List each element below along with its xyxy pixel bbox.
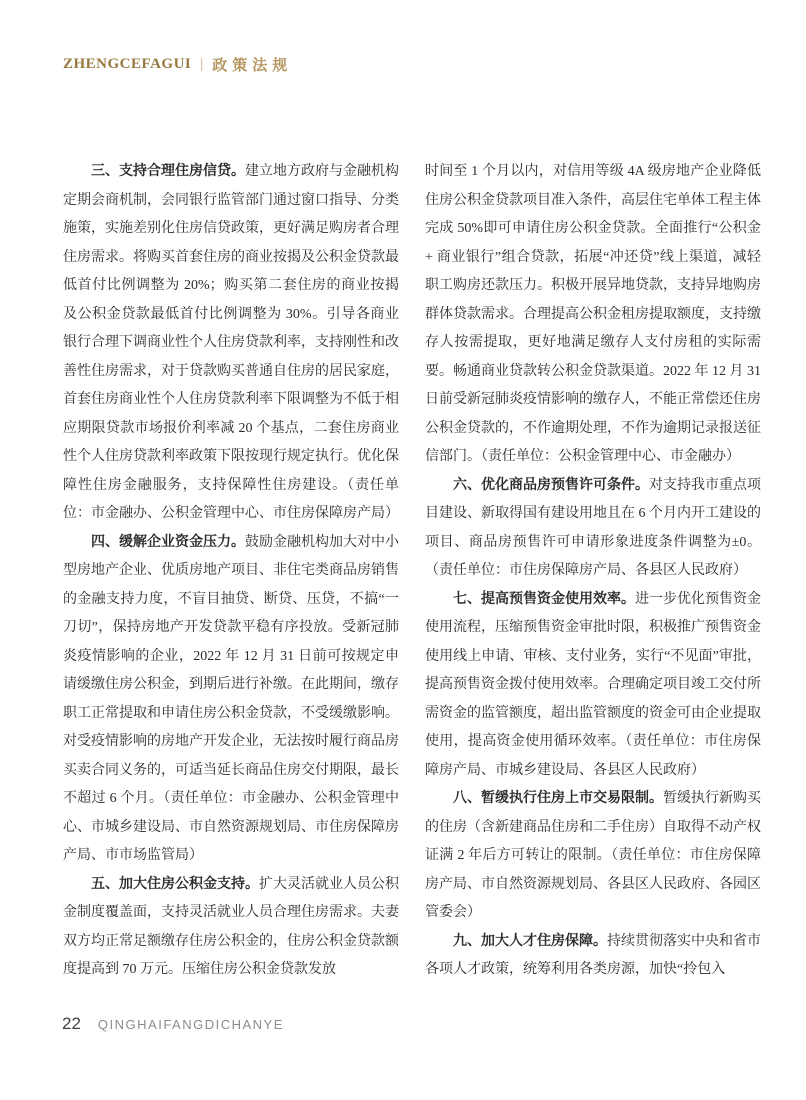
magazine-page: ZHENGCEFAGUI | 政策法规 三、支持合理住房信贷。建立地方政府与金融… — [0, 0, 806, 1100]
header-divider: | — [200, 56, 203, 73]
paragraph-lead: 六、优化商品房预售许可条件。 — [453, 478, 649, 493]
paragraph: 四、缓解企业资金压力。鼓励金融机构加大对中小型房地产企业、优质房地产项目、非住宅… — [63, 529, 399, 871]
paragraph: 九、加大人才住房保障。持续贯彻落实中央和省市各项人才政策，统筹利用各类房源，加快… — [425, 928, 761, 985]
paragraph: 七、提高预售资金使用效率。进一步优化预售资金使用流程，压缩预售资金审批时限，积极… — [425, 586, 761, 786]
paragraph-lead: 九、加大人才住房保障。 — [453, 934, 607, 949]
paragraph: 时间至 1 个月以内，对信用等级 4A 级房地产企业降低住房公积金贷款项目准入条… — [425, 158, 761, 472]
paragraph-lead: 五、加大住房公积金支持。 — [91, 877, 259, 892]
left-column: 三、支持合理住房信贷。建立地方政府与金融机构定期会商机制，会同银行监管部门通过窗… — [63, 158, 399, 985]
paragraph-text: 时间至 1 个月以内，对信用等级 4A 级房地产企业降低住房公积金贷款项目准入条… — [425, 164, 761, 464]
paragraph: 三、支持合理住房信贷。建立地方政府与金融机构定期会商机制，会同银行监管部门通过窗… — [63, 158, 399, 529]
article-body: 三、支持合理住房信贷。建立地方政府与金融机构定期会商机制，会同银行监管部门通过窗… — [63, 158, 761, 985]
paragraph: 六、优化商品房预售许可条件。对支持我市重点项目建设、新取得国有建设用地且在 6 … — [425, 472, 761, 586]
paragraph-lead: 三、支持合理住房信贷。 — [91, 164, 245, 179]
paragraph-text: 进一步优化预售资金使用流程，压缩预售资金审批时限，积极推广预售资金使用线上申请、… — [425, 592, 761, 778]
journal-name: QINGHAIFANGDICHANYE — [98, 1017, 284, 1032]
paragraph: 五、加大住房公积金支持。扩大灵活就业人员公积金制度覆盖面，支持灵活就业人员合理住… — [63, 871, 399, 985]
page-number: 22 — [62, 1014, 81, 1034]
paragraph-lead: 四、缓解企业资金压力。 — [91, 535, 245, 550]
paragraph-lead: 七、提高预售资金使用效率。 — [453, 592, 635, 607]
section-title-pinyin: ZHENGCEFAGUI — [63, 56, 191, 73]
paragraph-text: 建立地方政府与金融机构定期会商机制，会同银行监管部门通过窗口指导、分类施策，实施… — [63, 164, 399, 521]
right-column: 时间至 1 个月以内，对信用等级 4A 级房地产企业降低住房公积金贷款项目准入条… — [425, 158, 761, 985]
section-title-chinese: 政策法规 — [212, 54, 292, 75]
paragraph-text: 暂缓执行新购买的住房（含新建商品住房和二手住房）自取得不动产权证满 2 年后方可… — [425, 791, 761, 920]
paragraph: 八、暂缓执行住房上市交易限制。暂缓执行新购买的住房（含新建商品住房和二手住房）自… — [425, 785, 761, 928]
paragraph-text: 鼓励金融机构加大对中小型房地产企业、优质房地产项目、非住宅类商品房销售的金融支持… — [63, 535, 399, 864]
page-header: ZHENGCEFAGUI | 政策法规 — [63, 54, 292, 75]
page-footer: 22 QINGHAIFANGDICHANYE — [62, 1014, 284, 1034]
paragraph-lead: 八、暂缓执行住房上市交易限制。 — [453, 791, 663, 806]
